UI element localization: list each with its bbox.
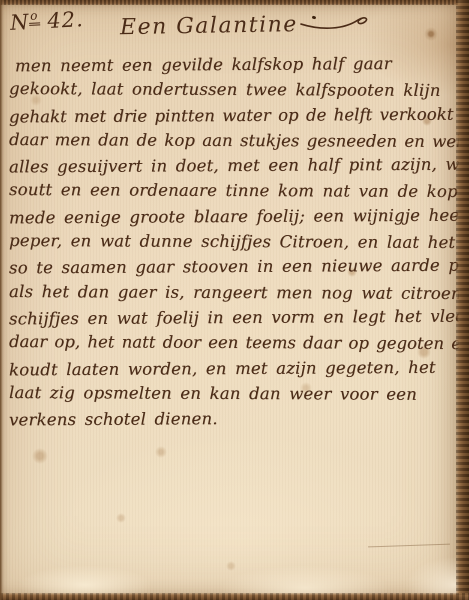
page-number-letter: N <box>9 10 30 35</box>
paper-scratch <box>368 544 450 548</box>
recipe-line: alles gesuijvert in doet, met een half p… <box>9 152 461 180</box>
recipe-line: gekookt, laat ondertussen twee kalfspoot… <box>9 76 461 103</box>
page-edge-bottom <box>0 593 469 600</box>
recipe-title: Een Galantine <box>120 11 374 40</box>
recipe-line: gehakt met drie pintten water op de helf… <box>9 101 461 129</box>
recipe-line: mede eenige groote blaare foelij; een wi… <box>9 202 461 230</box>
recipe-line: koudt laaten worden, en met azijn gegete… <box>9 354 461 382</box>
recipe-line: soutt en een ordenaare tinne kom nat van… <box>9 177 461 204</box>
title-flourish-icon <box>300 12 374 33</box>
recipe-line: peper, en wat dunne schijfjes Citroen, e… <box>9 228 461 255</box>
recipe-line: so te saamen gaar stooven in een nieuwe … <box>9 253 461 281</box>
page-edge-left <box>0 0 3 600</box>
page-number: No 42. <box>9 6 84 35</box>
recipe-line: laat zig opsmelten en kan dan weer voor … <box>9 380 461 407</box>
page-number-superscript: o <box>29 8 40 26</box>
recipe-line: verkens schotel dienen. <box>9 405 461 433</box>
page-number-value: 42. <box>47 7 85 33</box>
page-edge-top <box>0 0 469 5</box>
recipe-line: daar men dan de kop aan stukjes gesneede… <box>9 127 461 154</box>
recipe-line: men neemt een gevilde kalfskop half gaar <box>9 51 461 79</box>
recipe-title-text: Een Galantine <box>120 12 298 40</box>
recipe-line: schijfjes en wat foelij in een vorm en l… <box>9 304 461 332</box>
manuscript-page: No 42. Een Galantine men neemt een gevil… <box>0 0 469 600</box>
recipe-line: als het dan gaer is, rangeert men nog wa… <box>9 279 461 306</box>
recipe-line: daar op, het natt door een teems daar op… <box>9 329 461 356</box>
recipe-body: men neemt een gevilde kalfskop half gaar… <box>9 52 461 431</box>
